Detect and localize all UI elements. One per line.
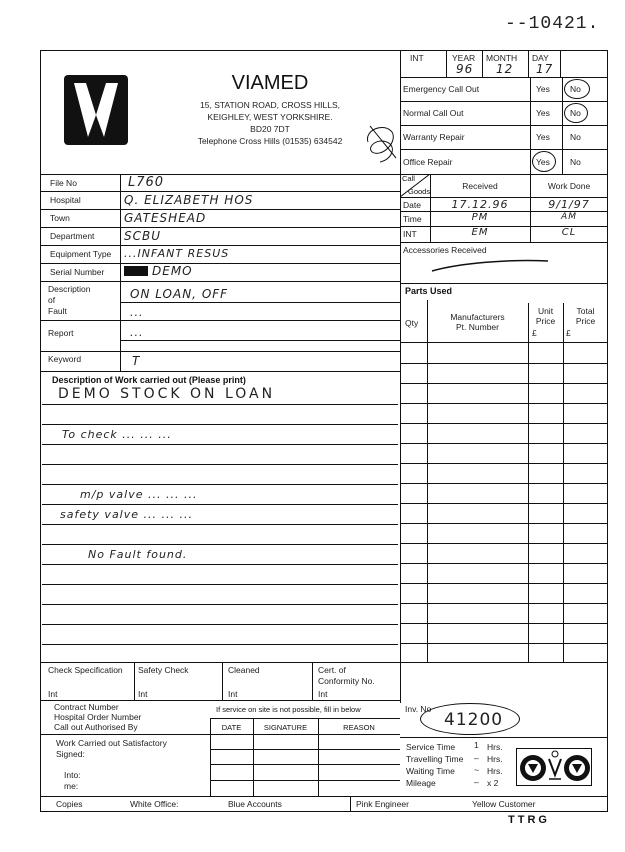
service-time-unit: Hrs. bbox=[487, 742, 503, 752]
fault-line-1[interactable]: ON LOAN, OFF bbox=[130, 287, 228, 301]
divider bbox=[40, 662, 608, 663]
service-time-value[interactable]: 1 bbox=[474, 740, 479, 750]
divider bbox=[482, 50, 483, 77]
divider bbox=[400, 283, 401, 703]
serial-number-label: Serial Number bbox=[50, 267, 104, 277]
divider bbox=[427, 300, 428, 662]
divider bbox=[40, 281, 400, 282]
day-value[interactable]: 17 bbox=[536, 62, 553, 76]
parts-row-line bbox=[400, 543, 608, 544]
divider bbox=[400, 242, 608, 243]
parts-row-line bbox=[400, 643, 608, 644]
travelling-time-unit: Hrs. bbox=[487, 754, 503, 764]
divider bbox=[40, 191, 400, 192]
company-telephone: Telephone Cross Hills (01535) 634542 bbox=[150, 136, 390, 146]
unit-price-header-1: Unit bbox=[528, 306, 563, 316]
work-line-3[interactable]: To check ... ... ... bbox=[62, 428, 172, 441]
equipment-type-value[interactable]: ...INFANT RESUS bbox=[124, 247, 229, 260]
work-done-time[interactable]: AM bbox=[530, 212, 608, 222]
work-line bbox=[42, 504, 398, 505]
company-postcode: BD20 7DT bbox=[150, 124, 390, 134]
work-line bbox=[42, 444, 398, 445]
divider bbox=[40, 245, 400, 246]
divider bbox=[400, 283, 608, 284]
equipment-type-label: Equipment Type bbox=[50, 249, 111, 259]
pink-engineer-copy: Pink Engineer bbox=[356, 799, 409, 809]
cleaned-label: Cleaned bbox=[228, 665, 260, 675]
parts-row-line bbox=[400, 463, 608, 464]
mileage-label: Mileage bbox=[406, 778, 436, 788]
work-line bbox=[42, 644, 398, 645]
divider bbox=[400, 737, 608, 738]
total-price-header-2: Price bbox=[563, 316, 608, 326]
work-satisfactory-label: Work Carried out Satisfactory bbox=[56, 738, 167, 748]
cleaned-int: Int bbox=[228, 689, 237, 699]
divider bbox=[210, 749, 400, 750]
town-value[interactable]: GATESHEAD bbox=[124, 211, 206, 225]
qty-header: Qty bbox=[405, 318, 418, 328]
normal-yes[interactable]: Yes bbox=[536, 108, 550, 118]
work-line bbox=[42, 404, 398, 405]
divider bbox=[400, 149, 608, 150]
parts-row-line bbox=[400, 523, 608, 524]
work-description-title: Description of Work carried out (Please … bbox=[52, 375, 246, 385]
work-line bbox=[42, 524, 398, 525]
selected-circle-mark bbox=[532, 151, 556, 172]
serial-number-value[interactable]: DEMO bbox=[152, 264, 193, 278]
waiting-time-unit: Hrs. bbox=[487, 766, 503, 776]
office-no[interactable]: No bbox=[570, 157, 581, 167]
quality-badge-icon bbox=[517, 749, 593, 787]
total-price-header-1: Total bbox=[563, 306, 608, 316]
parts-row-line bbox=[400, 403, 608, 404]
call-out-authorised-label: Call out Authorised By bbox=[54, 722, 138, 732]
call-label: Call bbox=[402, 174, 415, 183]
accessories-received-label: Accessories Received bbox=[403, 245, 487, 255]
keyword-value[interactable]: T bbox=[132, 354, 140, 368]
footer-handwritten-mark: TTRG bbox=[508, 814, 550, 826]
received-time[interactable]: PM bbox=[430, 212, 530, 223]
mileage-unit: x 2 bbox=[487, 778, 498, 788]
company-address-2: KEIGHLEY, WEST YORKSHIRE. bbox=[150, 112, 390, 122]
parts-row-line bbox=[400, 583, 608, 584]
selected-circle-mark bbox=[564, 103, 588, 123]
divider bbox=[400, 77, 608, 78]
description-of-fault-label-1: Description bbox=[48, 284, 91, 294]
work-line bbox=[42, 484, 398, 485]
name-label: me: bbox=[64, 781, 78, 791]
hospital-label: Hospital bbox=[50, 195, 81, 205]
work-line-9[interactable]: No Fault found. bbox=[88, 548, 187, 561]
form-number: --10421. bbox=[505, 14, 599, 34]
white-office-copy: White Office: bbox=[130, 799, 179, 809]
department-value[interactable]: SCBU bbox=[124, 229, 161, 243]
unit-price-currency: £ bbox=[532, 328, 537, 338]
report-label: Report bbox=[48, 328, 74, 338]
divider bbox=[400, 342, 608, 343]
divider bbox=[120, 340, 400, 341]
goods-label: Goods bbox=[408, 187, 430, 196]
file-no-label: File No bbox=[50, 178, 77, 188]
divider bbox=[40, 796, 608, 797]
parts-row-line bbox=[400, 563, 608, 564]
divider bbox=[40, 174, 400, 175]
received-date[interactable]: 17.12.96 bbox=[430, 198, 530, 211]
contract-number-label: Contract Number bbox=[54, 702, 119, 712]
fault-line-2[interactable]: ... bbox=[130, 306, 144, 319]
parts-row-line bbox=[400, 603, 608, 604]
copies-label: Copies bbox=[56, 799, 82, 809]
cg-int-label: INT bbox=[403, 229, 417, 239]
reason-column-header: REASON bbox=[318, 723, 400, 732]
work-done-date[interactable]: 9/1/97 bbox=[530, 198, 608, 211]
blue-accounts-copy: Blue Accounts bbox=[228, 799, 282, 809]
emergency-yes[interactable]: Yes bbox=[536, 84, 550, 94]
inv-circle-mark bbox=[420, 703, 520, 735]
parts-row-line bbox=[400, 443, 608, 444]
divider bbox=[312, 662, 313, 700]
company-name: VIAMED bbox=[150, 72, 390, 95]
travelling-time-value[interactable]: – bbox=[474, 753, 479, 763]
safety-check-label: Safety Check bbox=[138, 665, 189, 675]
divider bbox=[350, 796, 351, 812]
divider bbox=[400, 125, 608, 126]
work-line bbox=[42, 544, 398, 545]
parts-row-line bbox=[400, 363, 608, 364]
department-label: Department bbox=[50, 231, 94, 241]
check-specification-label: Check Specification bbox=[48, 665, 123, 675]
divider bbox=[40, 263, 400, 264]
hospital-order-number-label: Hospital Order Number bbox=[54, 712, 141, 722]
work-line bbox=[42, 624, 398, 625]
divider bbox=[40, 209, 400, 210]
divider bbox=[120, 302, 400, 303]
cg-date-label: Date bbox=[403, 200, 421, 210]
warranty-yes[interactable]: Yes bbox=[536, 132, 550, 142]
selected-circle-mark bbox=[564, 79, 590, 99]
received-int[interactable]: EM bbox=[430, 227, 530, 238]
divider bbox=[40, 700, 400, 701]
divider bbox=[210, 780, 400, 781]
mfr-header-2: Pt. Number bbox=[427, 322, 528, 332]
service-note: If service on site is not possible, fill… bbox=[216, 705, 361, 714]
signed-label[interactable]: Signed: bbox=[56, 749, 85, 759]
parts-used-title: Parts Used bbox=[405, 286, 452, 296]
description-of-fault-label-3: Fault bbox=[48, 306, 67, 316]
divider bbox=[40, 734, 400, 735]
divider bbox=[446, 50, 447, 77]
service-time-label: Service Time bbox=[406, 742, 455, 752]
divider bbox=[400, 101, 608, 102]
cert-int: Int bbox=[318, 689, 327, 699]
description-of-fault-label-2: of bbox=[48, 295, 55, 305]
work-line-7[interactable]: safety valve ... ... ... bbox=[60, 508, 193, 521]
waiting-time-label: Waiting Time bbox=[406, 766, 455, 776]
unit-price-header-2: Price bbox=[528, 316, 563, 326]
parts-row-line bbox=[400, 483, 608, 484]
check-spec-int: Int bbox=[48, 689, 57, 699]
work-line bbox=[42, 424, 398, 425]
divider bbox=[40, 320, 400, 321]
work-line-6[interactable]: m/p valve ... ... ... bbox=[80, 488, 197, 501]
signature-column-header: SIGNATURE bbox=[253, 723, 318, 732]
safety-check-int: Int bbox=[138, 689, 147, 699]
divider bbox=[400, 174, 608, 175]
parts-row-line bbox=[400, 623, 608, 624]
accessories-stroke bbox=[430, 255, 550, 275]
print-label: Into: bbox=[64, 770, 81, 780]
divider bbox=[40, 371, 400, 372]
mfr-header-1: Manufacturers bbox=[427, 312, 528, 322]
work-line bbox=[42, 564, 398, 565]
cg-time-label: Time bbox=[403, 214, 422, 224]
parts-row-line bbox=[400, 503, 608, 504]
int-label: INT bbox=[410, 53, 424, 63]
divider bbox=[40, 351, 400, 352]
received-header: Received bbox=[430, 181, 530, 191]
divider bbox=[40, 227, 400, 228]
viamed-logo bbox=[64, 75, 128, 145]
report-line[interactable]: ... bbox=[130, 326, 144, 339]
work-done-header: Work Done bbox=[530, 181, 608, 191]
work-line bbox=[42, 604, 398, 605]
divider bbox=[560, 50, 561, 77]
divider bbox=[528, 50, 529, 77]
divider bbox=[120, 281, 121, 371]
file-no-value[interactable]: L760 bbox=[128, 175, 164, 190]
work-line-1[interactable]: DEMO STOCK ON LOAN bbox=[58, 386, 275, 402]
scribble-mark-icon bbox=[362, 122, 402, 164]
town-label: Town bbox=[50, 213, 70, 223]
warranty-no[interactable]: No bbox=[570, 132, 581, 142]
office-repair-label: Office Repair bbox=[403, 157, 452, 167]
mileage-value[interactable]: – bbox=[474, 777, 479, 787]
divider bbox=[222, 662, 223, 700]
travelling-time-label: Travelling Time bbox=[406, 754, 463, 764]
yellow-customer-copy: Yellow Customer bbox=[472, 799, 535, 809]
company-address-1: 15, STATION ROAD, CROSS HILLS, bbox=[150, 100, 390, 110]
waiting-time-value[interactable]: ~ bbox=[474, 765, 479, 775]
accreditation-badges bbox=[516, 748, 592, 786]
parts-row-line bbox=[400, 383, 608, 384]
hospital-value[interactable]: Q. ELIZABETH HOS bbox=[124, 193, 253, 207]
total-price-currency: £ bbox=[566, 328, 571, 338]
month-value[interactable]: 12 bbox=[496, 62, 513, 76]
divider bbox=[210, 764, 400, 765]
redaction-blot bbox=[124, 266, 148, 276]
warranty-repair-label: Warranty Repair bbox=[403, 132, 465, 142]
work-line bbox=[42, 584, 398, 585]
divider bbox=[210, 718, 400, 719]
year-value[interactable]: 96 bbox=[456, 62, 473, 76]
emergency-call-out-label: Emergency Call Out bbox=[403, 84, 479, 94]
parts-row-line bbox=[400, 423, 608, 424]
logo-mark-icon bbox=[64, 75, 128, 145]
divider bbox=[134, 662, 135, 700]
date-column-header: DATE bbox=[210, 723, 253, 732]
work-line bbox=[42, 464, 398, 465]
cert-of-conformity-label: Cert. of Conformity No. bbox=[318, 665, 384, 687]
work-done-int[interactable]: CL bbox=[530, 227, 608, 238]
keyword-label: Keyword bbox=[48, 354, 81, 364]
normal-call-out-label: Normal Call Out bbox=[403, 108, 463, 118]
